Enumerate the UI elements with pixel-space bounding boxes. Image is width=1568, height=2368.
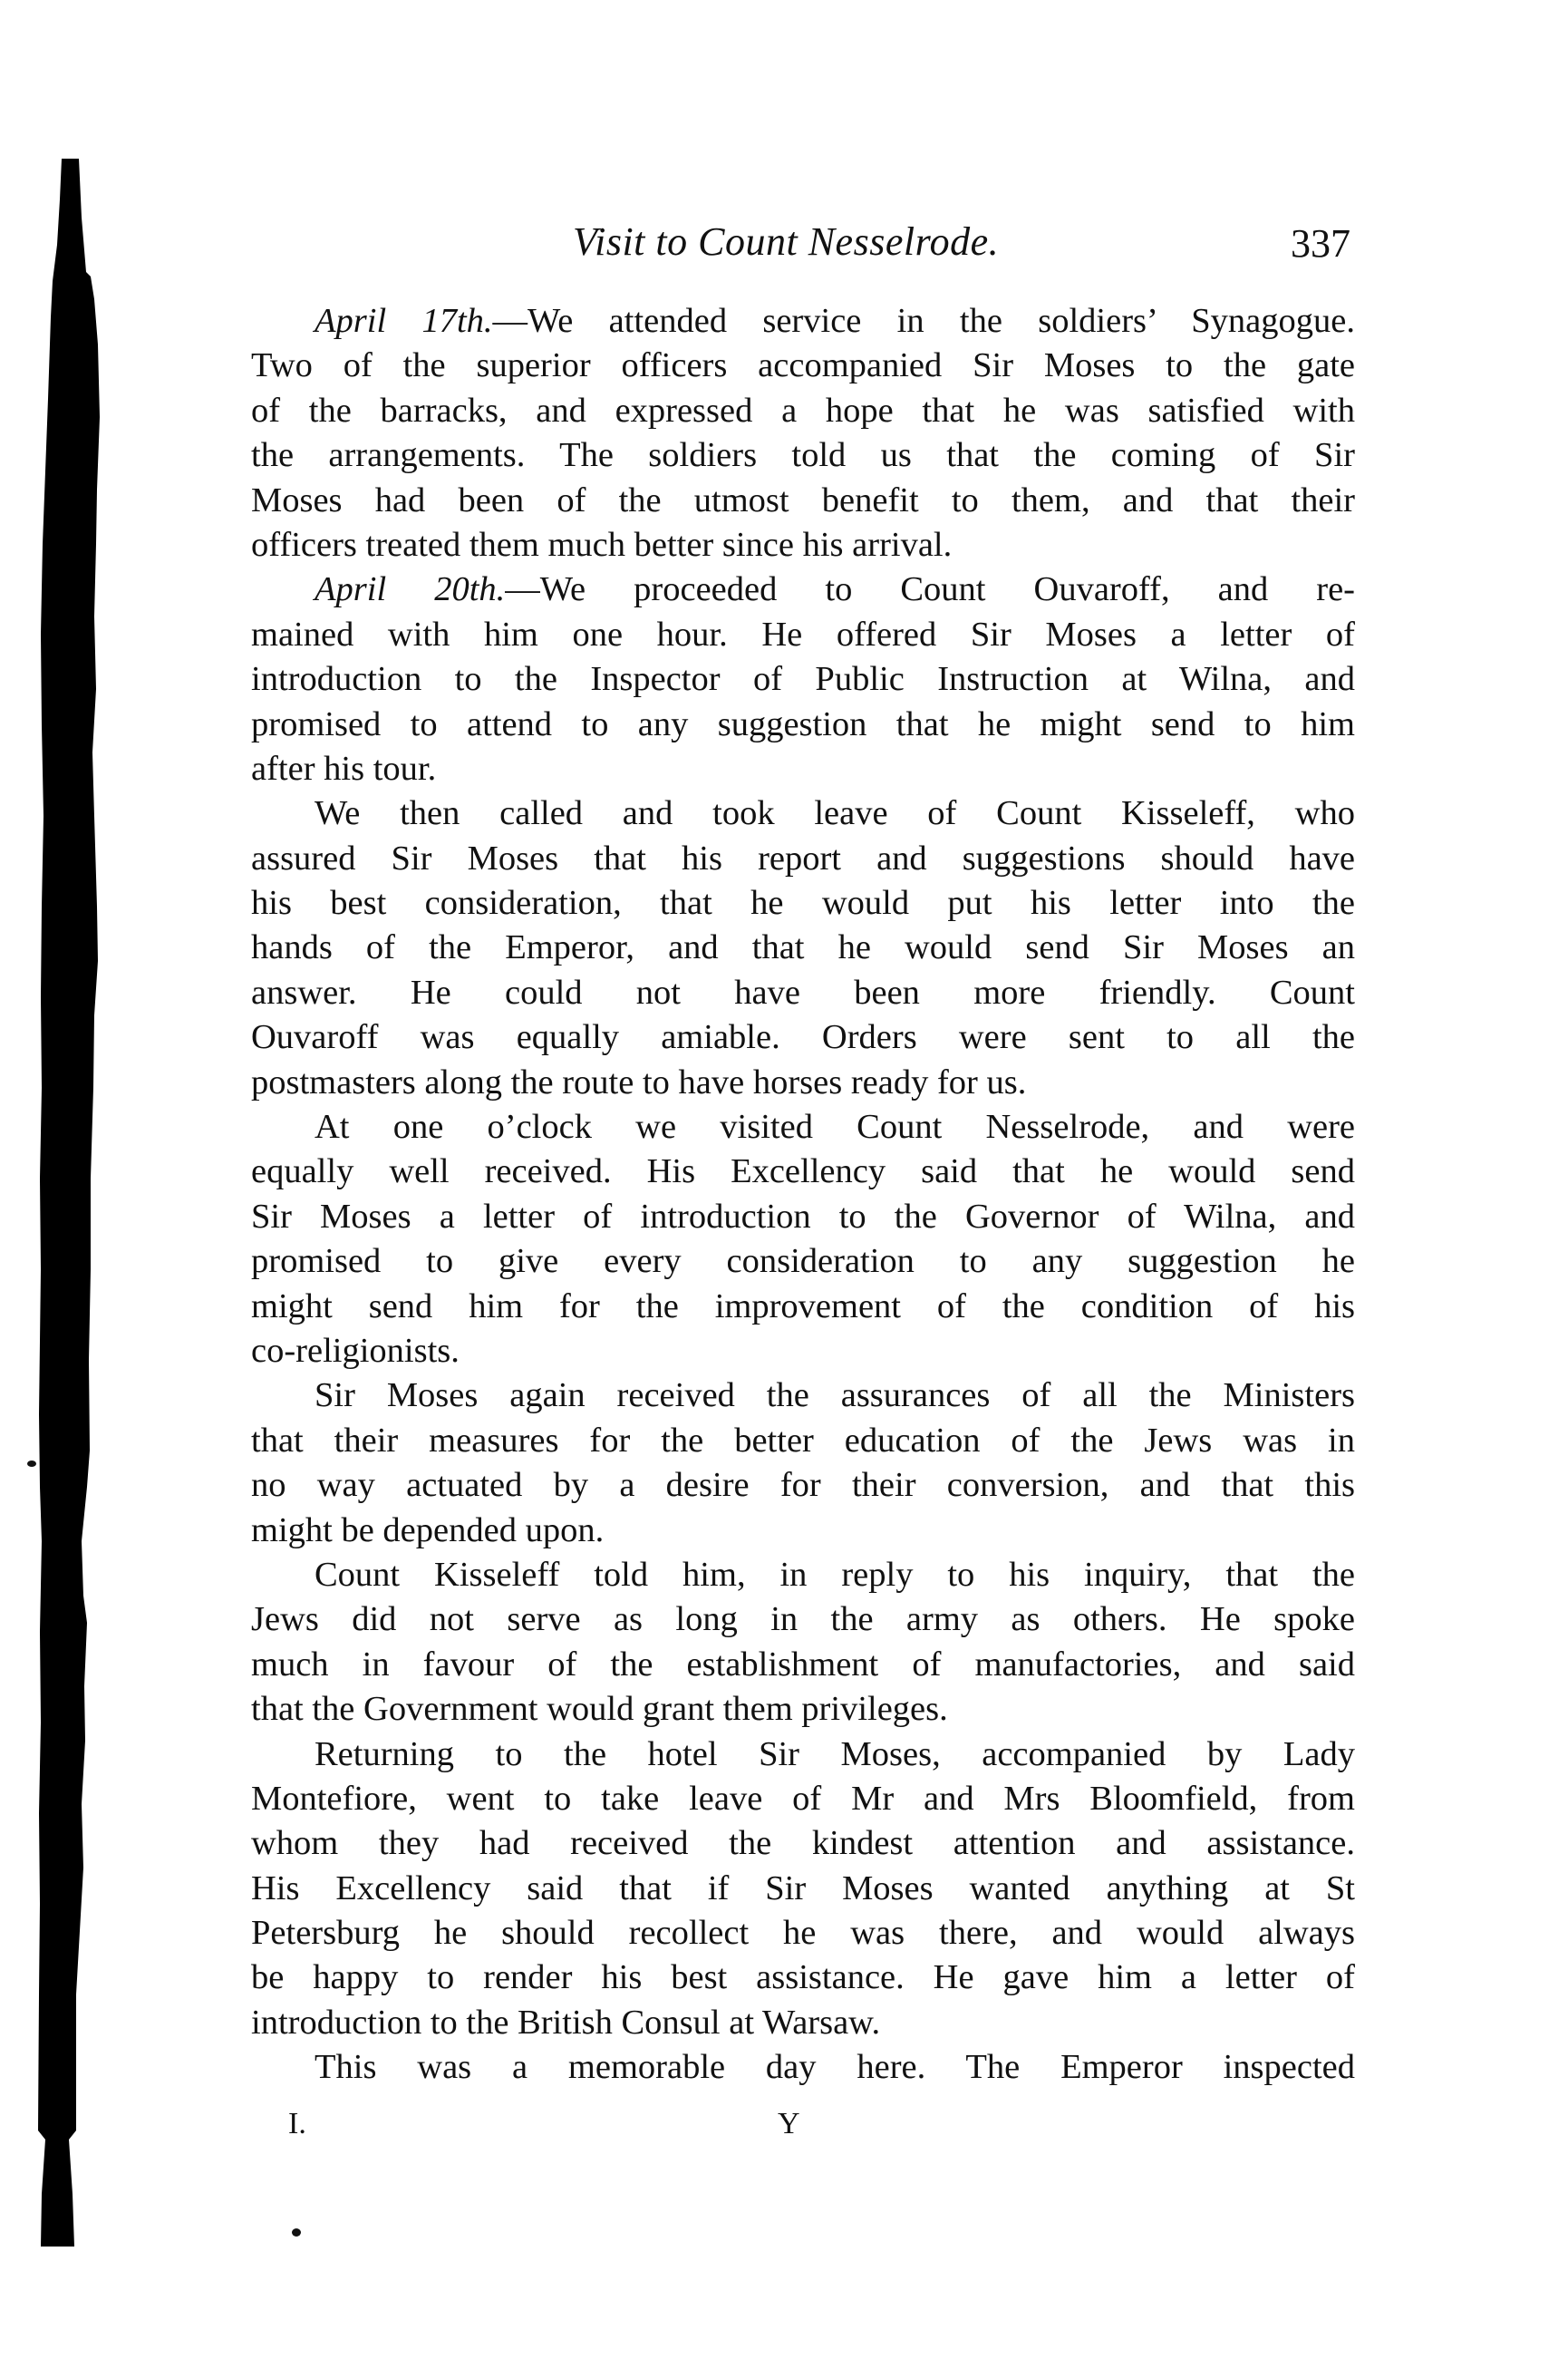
date-lead: April 17th.	[315, 302, 493, 340]
text-line: promised to give every consideration to …	[251, 1239, 1355, 1284]
running-title: Visit to Count Nesselrode.	[573, 210, 999, 274]
text-line: that the Government would grant them pri…	[251, 1687, 1355, 1732]
text-line: officers treated them much better since …	[251, 523, 1355, 568]
text-line: of the barracks, and expressed a hope th…	[251, 389, 1355, 433]
paragraph-nesselrode-visit: At one o’clock we visited Count Nesselro…	[251, 1105, 1355, 1373]
text-line: Ouvaroff was equally amiable. Orders wer…	[251, 1015, 1355, 1060]
text-line: promised to attend to any suggestion tha…	[251, 703, 1355, 747]
text-line: Moses had been of the utmost benefit to …	[251, 479, 1355, 523]
text-line: April 17th.—We attended service in the s…	[251, 299, 1355, 344]
text-line: might send him for the improvement of th…	[251, 1285, 1355, 1329]
running-head: Visit to Count Nesselrode. 337	[0, 210, 1568, 274]
binding-edge-shadow	[0, 0, 127, 2368]
paragraph-ministers-assurances: Sir Moses again received the assurances …	[251, 1373, 1355, 1553]
sheet-signature: Y	[778, 2101, 800, 2147]
text-line: that their measures for the better educa…	[251, 1419, 1355, 1463]
text-line: At one o’clock we visited Count Nesselro…	[251, 1105, 1355, 1150]
paragraph-april-17: April 17th.—We attended service in the s…	[251, 299, 1355, 568]
text-line: This was a memorable day here. The Emper…	[251, 2045, 1355, 2090]
text-line: Returning to the hotel Sir Moses, accomp…	[251, 1732, 1355, 1777]
paragraph-april-20: April 20th.—We proceeded to Count Ouvaro…	[251, 568, 1355, 791]
text-line: postmasters along the route to have hors…	[251, 1061, 1355, 1105]
text-line: no way actuated by a desire for their co…	[251, 1463, 1355, 1508]
text-line: assured Sir Moses that his report and su…	[251, 837, 1355, 881]
text-line: Montefiore, went to take leave of Mr and…	[251, 1777, 1355, 1821]
paragraph-kisseleff-leave: We then called and took leave of Count K…	[251, 791, 1355, 1105]
text-line: his best consideration, that he would pu…	[251, 881, 1355, 926]
paragraph-memorable-day: This was a memorable day here. The Emper…	[251, 2045, 1355, 2090]
text-line: might be depended upon.	[251, 1509, 1355, 1553]
page-number: 337	[1291, 212, 1350, 276]
paragraph-army-service: Count Kisseleff told him, in reply to hi…	[251, 1553, 1355, 1732]
text-line: April 20th.—We proceeded to Count Ouvaro…	[251, 568, 1355, 612]
text-line: be happy to render his best assistance. …	[251, 1956, 1355, 2000]
text-line: the arrangements. The soldiers told us t…	[251, 433, 1355, 478]
text-line: co-religionists.	[251, 1329, 1355, 1373]
binding-shadow-shape	[0, 0, 127, 2368]
ink-speck	[292, 2228, 301, 2237]
volume-signature: I.	[288, 2101, 306, 2147]
text-line: whom they had received the kindest atten…	[251, 1821, 1355, 1866]
text-line: We then called and took leave of Count K…	[251, 791, 1355, 836]
paragraph-bloomfield: Returning to the hotel Sir Moses, accomp…	[251, 1732, 1355, 2046]
text-line: Jews did not serve as long in the army a…	[251, 1597, 1355, 1642]
text-line: introduction to the Inspector of Public …	[251, 657, 1355, 702]
page-footer: I. Y	[0, 2101, 1568, 2147]
body-text: April 17th.—We attended service in the s…	[251, 299, 1355, 2091]
text-line: hands of the Emperor, and that he would …	[251, 926, 1355, 970]
text-line: Sir Moses again received the assurances …	[251, 1373, 1355, 1418]
date-lead: April 20th.	[315, 570, 505, 608]
text-line: Sir Moses a letter of introduction to th…	[251, 1195, 1355, 1239]
text-line: much in favour of the establishment of m…	[251, 1643, 1355, 1687]
text-line: His Excellency said that if Sir Moses wa…	[251, 1867, 1355, 1911]
text-line: Two of the superior officers accompanied…	[251, 344, 1355, 388]
text-line: equally well received. His Excellency sa…	[251, 1150, 1355, 1194]
text-line: mained with him one hour. He offered Sir…	[251, 613, 1355, 657]
text-line: Petersburg he should recollect he was th…	[251, 1911, 1355, 1956]
text-line: introduction to the British Consul at Wa…	[251, 2001, 1355, 2045]
ink-speck	[27, 1461, 36, 1467]
text-line: Count Kisseleff told him, in reply to hi…	[251, 1553, 1355, 1597]
text-line: after his tour.	[251, 747, 1355, 791]
text-line: answer. He could not have been more frie…	[251, 971, 1355, 1015]
